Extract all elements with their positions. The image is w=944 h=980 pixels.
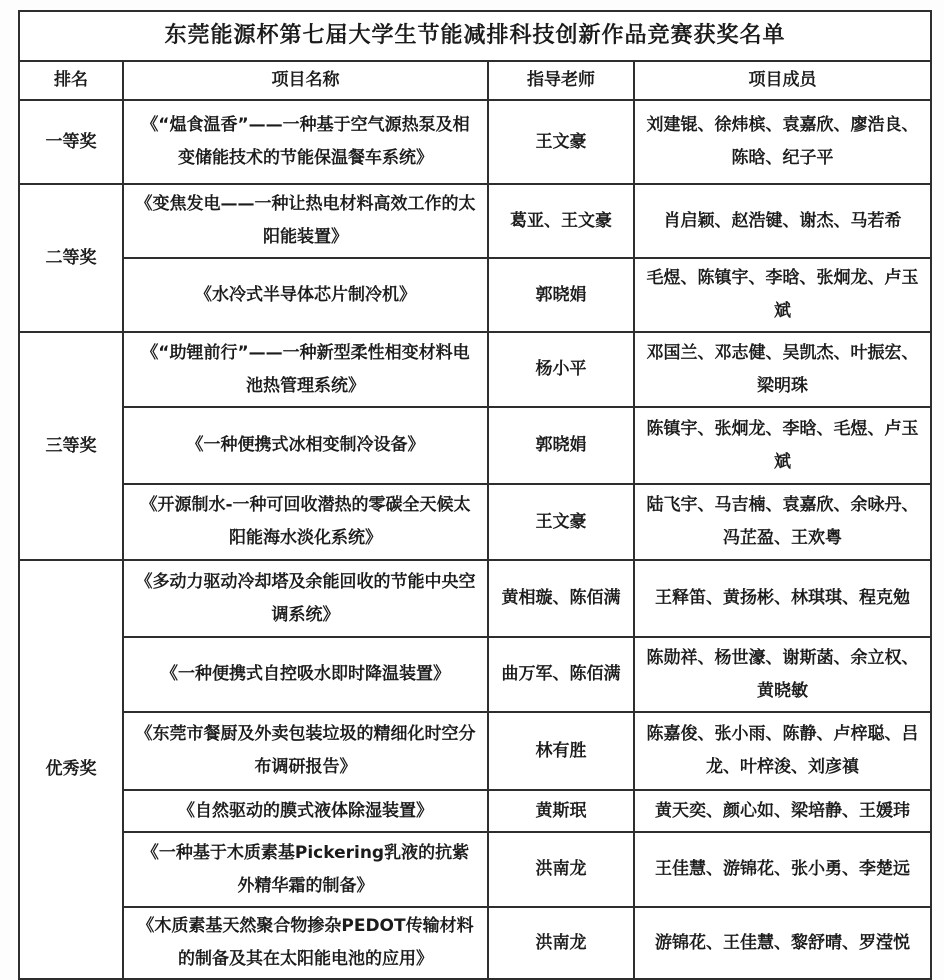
members-cell: 肖启颖、赵浩键、谢杰、马若希 (634, 184, 931, 258)
members-cell: 陈勋祥、杨世濠、谢斯菡、余立权、黄晓敏 (634, 637, 931, 712)
column-header-members: 项目成员 (634, 61, 931, 100)
project-cell: 《一种基于木质素基Pickering乳液的抗紫外精华霜的制备》 (123, 832, 488, 907)
column-header-advisor: 指导老师 (488, 61, 634, 100)
column-header-project: 项目名称 (123, 61, 488, 100)
project-cell: 《木质素基天然聚合物掺杂PEDOT传输材料的制备及其在太阳能电池的应用》 (123, 907, 488, 979)
table-header-row: 排名 项目名称 指导老师 项目成员 (19, 61, 931, 100)
table-row: 《一种便携式自控吸水即时降温装置》 曲万军、陈佰满 陈勋祥、杨世濠、谢斯菡、余立… (19, 637, 931, 712)
advisor-cell: 洪南龙 (488, 907, 634, 979)
rank-cell-excellence-prize: 优秀奖 (19, 560, 123, 979)
table-row: 《水冷式半导体芯片制冷机》 郭晓娟 毛煜、陈镇宇、李晗、张炯龙、卢玉斌 (19, 258, 931, 332)
advisor-cell: 郭晓娟 (488, 258, 634, 332)
table-title-row: 东莞能源杯第七届大学生节能减排科技创新作品竞赛获奖名单 (19, 11, 931, 61)
rank-cell-third-prize: 三等奖 (19, 332, 123, 560)
table-row: 二等奖 《变焦发电——一种让热电材料高效工作的太阳能装置》 葛亚、王文豪 肖启颖… (19, 184, 931, 258)
project-cell: 《多动力驱动冷却塔及余能回收的节能中央空调系统》 (123, 560, 488, 637)
members-cell: 毛煜、陈镇宇、李晗、张炯龙、卢玉斌 (634, 258, 931, 332)
project-cell: 《自然驱动的膜式液体除湿装置》 (123, 790, 488, 832)
document-page: 东莞能源杯第七届大学生节能减排科技创新作品竞赛获奖名单 排名 项目名称 指导老师… (0, 0, 944, 979)
members-cell: 邓国兰、邓志健、吴凯杰、叶振宏、梁明珠 (634, 332, 931, 407)
rank-cell-second-prize: 二等奖 (19, 184, 123, 332)
table-row: 《木质素基天然聚合物掺杂PEDOT传输材料的制备及其在太阳能电池的应用》 洪南龙… (19, 907, 931, 979)
table-row: 《一种基于木质素基Pickering乳液的抗紫外精华霜的制备》 洪南龙 王佳慧、… (19, 832, 931, 907)
advisor-cell: 王文豪 (488, 484, 634, 560)
table-row: 《东莞市餐厨及外卖包装垃圾的精细化时空分布调研报告》 林有胜 陈嘉俊、张小雨、陈… (19, 712, 931, 790)
project-cell: 《开源制水-一种可回收潜热的零碳全天候太阳能海水淡化系统》 (123, 484, 488, 560)
project-cell: 《一种便携式自控吸水即时降温装置》 (123, 637, 488, 712)
table-row: 《一种便携式冰相变制冷设备》 郭晓娟 陈镇宇、张炯龙、李晗、毛煜、卢玉斌 (19, 407, 931, 484)
table-row: 优秀奖 《多动力驱动冷却塔及余能回收的节能中央空调系统》 黄相璇、陈佰满 王释笛… (19, 560, 931, 637)
advisor-cell: 葛亚、王文豪 (488, 184, 634, 258)
award-results-table: 东莞能源杯第七届大学生节能减排科技创新作品竞赛获奖名单 排名 项目名称 指导老师… (18, 10, 932, 980)
project-cell: 《水冷式半导体芯片制冷机》 (123, 258, 488, 332)
advisor-cell: 林有胜 (488, 712, 634, 790)
advisor-cell: 曲万军、陈佰满 (488, 637, 634, 712)
members-cell: 陈镇宇、张炯龙、李晗、毛煜、卢玉斌 (634, 407, 931, 484)
rank-cell-first-prize: 一等奖 (19, 100, 123, 184)
table-row: 三等奖 《“助锂前行”——一种新型柔性相变材料电池热管理系统》 杨小平 邓国兰、… (19, 332, 931, 407)
members-cell: 刘建锟、徐炜槟、袁嘉欣、廖浩良、陈晗、纪子平 (634, 100, 931, 184)
page-title: 东莞能源杯第七届大学生节能减排科技创新作品竞赛获奖名单 (19, 11, 931, 61)
table-row: 《自然驱动的膜式液体除湿装置》 黄斯珉 黄天奕、颜心如、梁培静、王媛玮 (19, 790, 931, 832)
project-cell: 《“助锂前行”——一种新型柔性相变材料电池热管理系统》 (123, 332, 488, 407)
column-header-rank: 排名 (19, 61, 123, 100)
members-cell: 王佳慧、游锦花、张小勇、李楚远 (634, 832, 931, 907)
advisor-cell: 杨小平 (488, 332, 634, 407)
advisor-cell: 黄斯珉 (488, 790, 634, 832)
members-cell: 陈嘉俊、张小雨、陈静、卢梓聪、吕龙、叶梓浚、刘彦禛 (634, 712, 931, 790)
table-row: 一等奖 《“煴食温香”——一种基于空气源热泵及相变储能技术的节能保温餐车系统》 … (19, 100, 931, 184)
table-row: 《开源制水-一种可回收潜热的零碳全天候太阳能海水淡化系统》 王文豪 陆飞宇、马吉… (19, 484, 931, 560)
project-cell: 《一种便携式冰相变制冷设备》 (123, 407, 488, 484)
project-cell: 《变焦发电——一种让热电材料高效工作的太阳能装置》 (123, 184, 488, 258)
project-cell: 《“煴食温香”——一种基于空气源热泵及相变储能技术的节能保温餐车系统》 (123, 100, 488, 184)
project-cell: 《东莞市餐厨及外卖包装垃圾的精细化时空分布调研报告》 (123, 712, 488, 790)
members-cell: 陆飞宇、马吉楠、袁嘉欣、余咏丹、冯芷盈、王欢粤 (634, 484, 931, 560)
advisor-cell: 王文豪 (488, 100, 634, 184)
advisor-cell: 郭晓娟 (488, 407, 634, 484)
members-cell: 游锦花、王佳慧、黎舒晴、罗滢悦 (634, 907, 931, 979)
members-cell: 王释笛、黄扬彬、林琪琪、程克勉 (634, 560, 931, 637)
advisor-cell: 黄相璇、陈佰满 (488, 560, 634, 637)
members-cell: 黄天奕、颜心如、梁培静、王媛玮 (634, 790, 931, 832)
advisor-cell: 洪南龙 (488, 832, 634, 907)
